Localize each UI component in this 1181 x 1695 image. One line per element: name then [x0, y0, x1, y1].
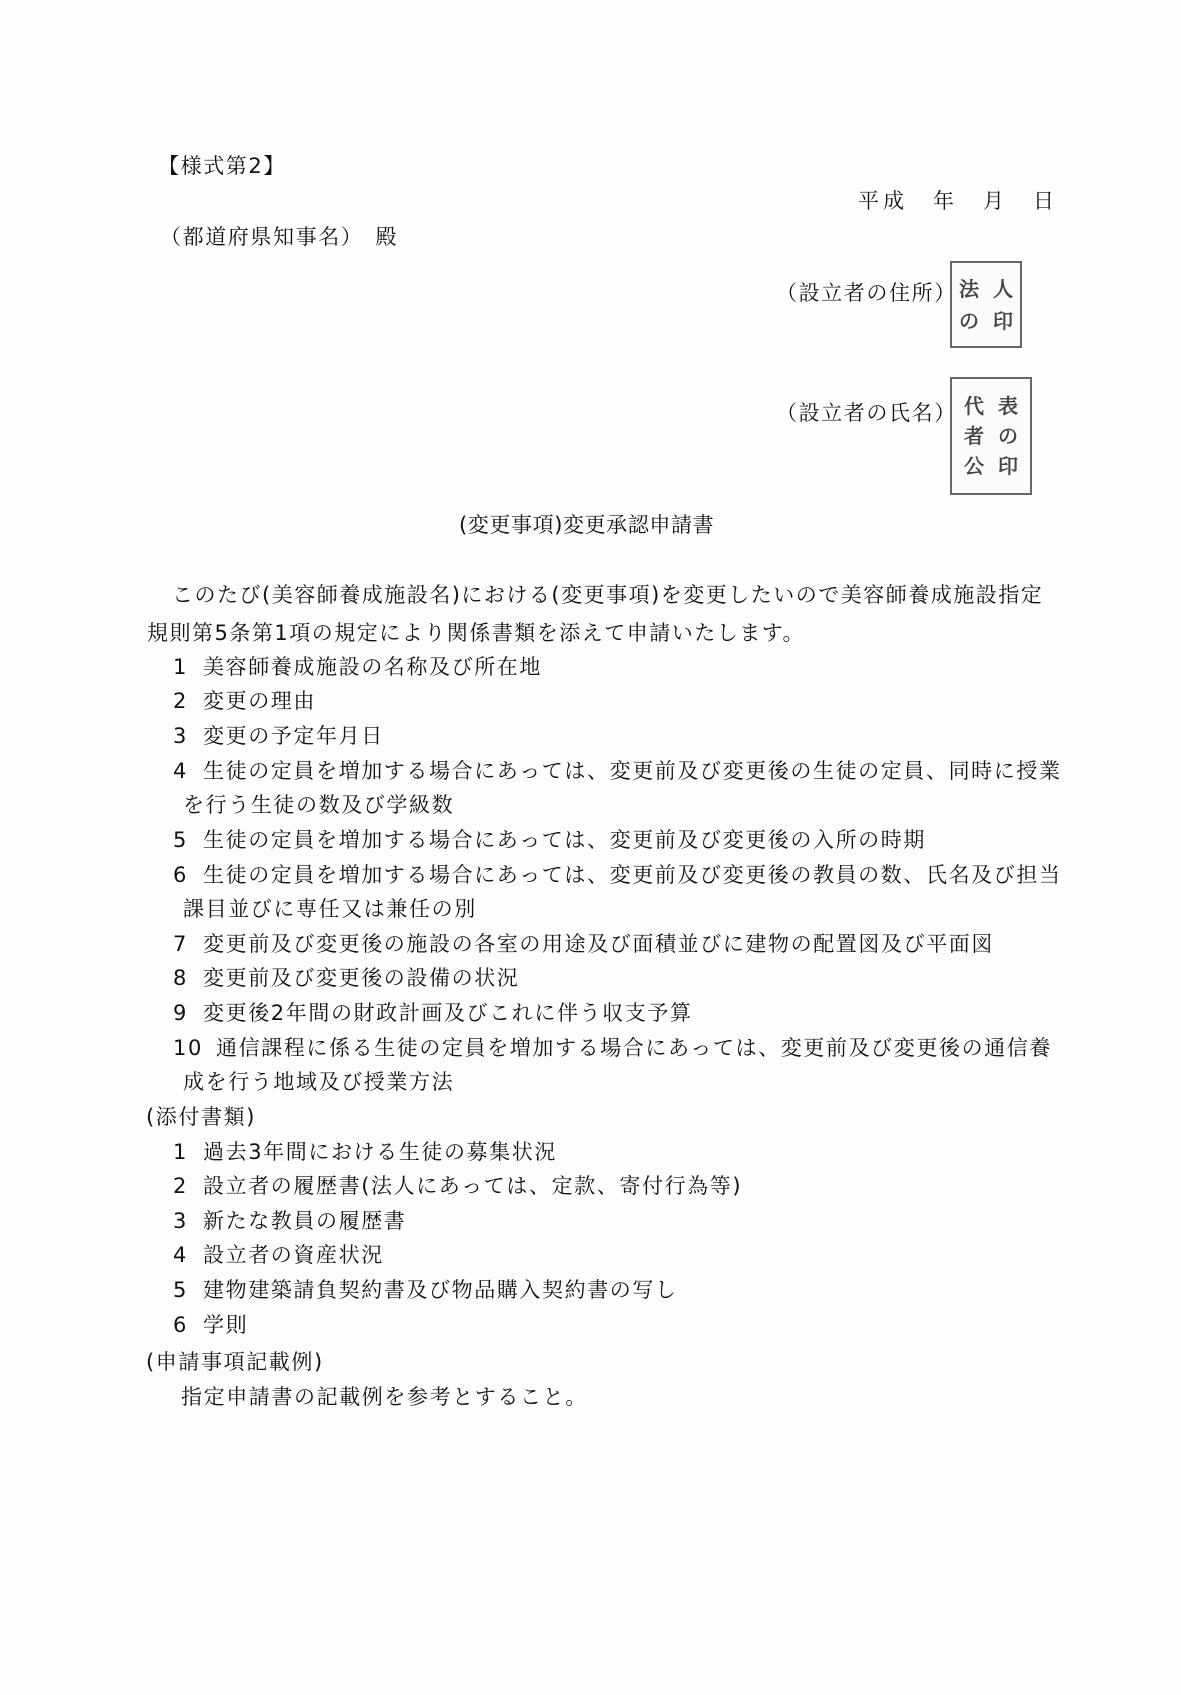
- item-number: 2: [173, 1173, 188, 1199]
- item-number: 4: [173, 1242, 188, 1268]
- applicant-address-label: （設立者の住所）: [776, 280, 957, 306]
- item-number: 5: [173, 1277, 188, 1303]
- addressee: （都道府県知事名） 殿: [160, 224, 398, 250]
- seal-char: の: [996, 421, 1020, 451]
- corporate-seal-box: 法 人 の 印: [950, 261, 1022, 348]
- item-text: を行う生徒の数及び学級数: [183, 792, 454, 818]
- seal-char: 公: [962, 451, 986, 481]
- seal-char: 表: [996, 391, 1020, 421]
- item-text: 過去3年間における生徒の募集状況: [203, 1139, 557, 1165]
- intro-line-1: このたび(美容師養成施設名)における(変更事項)を変更したいので美容師養成施設指…: [172, 582, 1043, 608]
- item-number: 7: [173, 931, 188, 957]
- item-text: 建物建築請負契約書及び物品購入契約書の写し: [203, 1277, 678, 1303]
- item-number: 6: [173, 862, 188, 888]
- form-label: 【様式第2】: [158, 153, 286, 179]
- item-text: 美容師養成施設の名称及び所在地: [203, 654, 542, 680]
- item-text: 成を行う地域及び授業方法: [183, 1069, 454, 1095]
- item-number: 8: [173, 965, 188, 991]
- item-number: 6: [173, 1312, 188, 1338]
- seal-char: 人: [991, 274, 1015, 304]
- intro-line-2: 規則第5条第1項の規定により関係書類を添えて申請いたします。: [147, 620, 805, 646]
- representative-seal-box: 代 者 公 表 の 印: [950, 377, 1032, 495]
- seal-char: の: [957, 306, 981, 336]
- item-text: 新たな教員の履歴書: [203, 1208, 406, 1234]
- item-text: 生徒の定員を増加する場合にあっては、変更前及び変更後の入所の時期: [203, 827, 926, 853]
- item-text: 変更後2年間の財政計画及びこれに伴う収支予算: [203, 1000, 693, 1026]
- item-text: 設立者の資産状況: [203, 1242, 384, 1268]
- document-title: (変更事項)変更承認申請書: [459, 512, 714, 538]
- date-line: 平成 年 月 日: [858, 188, 1058, 214]
- item-text: 生徒の定員を増加する場合にあっては、変更前及び変更後の教員の数、氏名及び担当: [203, 862, 1062, 888]
- item-number: 2: [173, 688, 188, 714]
- attachments-heading: (添付書類): [146, 1104, 256, 1130]
- applicant-name-label: （設立者の氏名）: [776, 400, 957, 426]
- item-number: 3: [173, 723, 188, 749]
- item-number: 9: [173, 1000, 188, 1026]
- example-heading: (申請事項記載例): [146, 1349, 324, 1375]
- item-text: 学則: [203, 1312, 248, 1338]
- item-number: 1: [173, 654, 188, 680]
- item-text: 変更前及び変更後の設備の状況: [203, 965, 519, 991]
- item-text: 変更前及び変更後の施設の各室の用途及び面積並びに建物の配置図及び平面図: [203, 931, 994, 957]
- item-text: 通信課程に係る生徒の定員を増加する場合にあっては、変更前及び変更後の通信養: [216, 1035, 1052, 1061]
- item-number: 3: [173, 1208, 188, 1234]
- seal-char: 代: [962, 391, 986, 421]
- item-number: 5: [173, 827, 188, 853]
- item-number: 4: [173, 758, 188, 784]
- example-text: 指定申請書の記載例を参考とすること。: [181, 1384, 588, 1410]
- item-text: 生徒の定員を増加する場合にあっては、変更前及び変更後の生徒の定員、同時に授業: [203, 758, 1062, 784]
- seal-char: 者: [962, 421, 986, 451]
- seal-char: 法: [957, 274, 981, 304]
- item-text: 設立者の履歴書(法人にあっては、定款、寄付行為等): [203, 1173, 742, 1199]
- item-text: 変更の理由: [203, 688, 316, 714]
- item-number: 1: [173, 1139, 188, 1165]
- seal-char: 印: [996, 451, 1020, 481]
- item-text: 課目並びに専任又は兼任の別: [183, 896, 477, 922]
- item-number: 10: [173, 1035, 203, 1061]
- item-text: 変更の予定年月日: [203, 723, 384, 749]
- seal-char: 印: [991, 306, 1015, 336]
